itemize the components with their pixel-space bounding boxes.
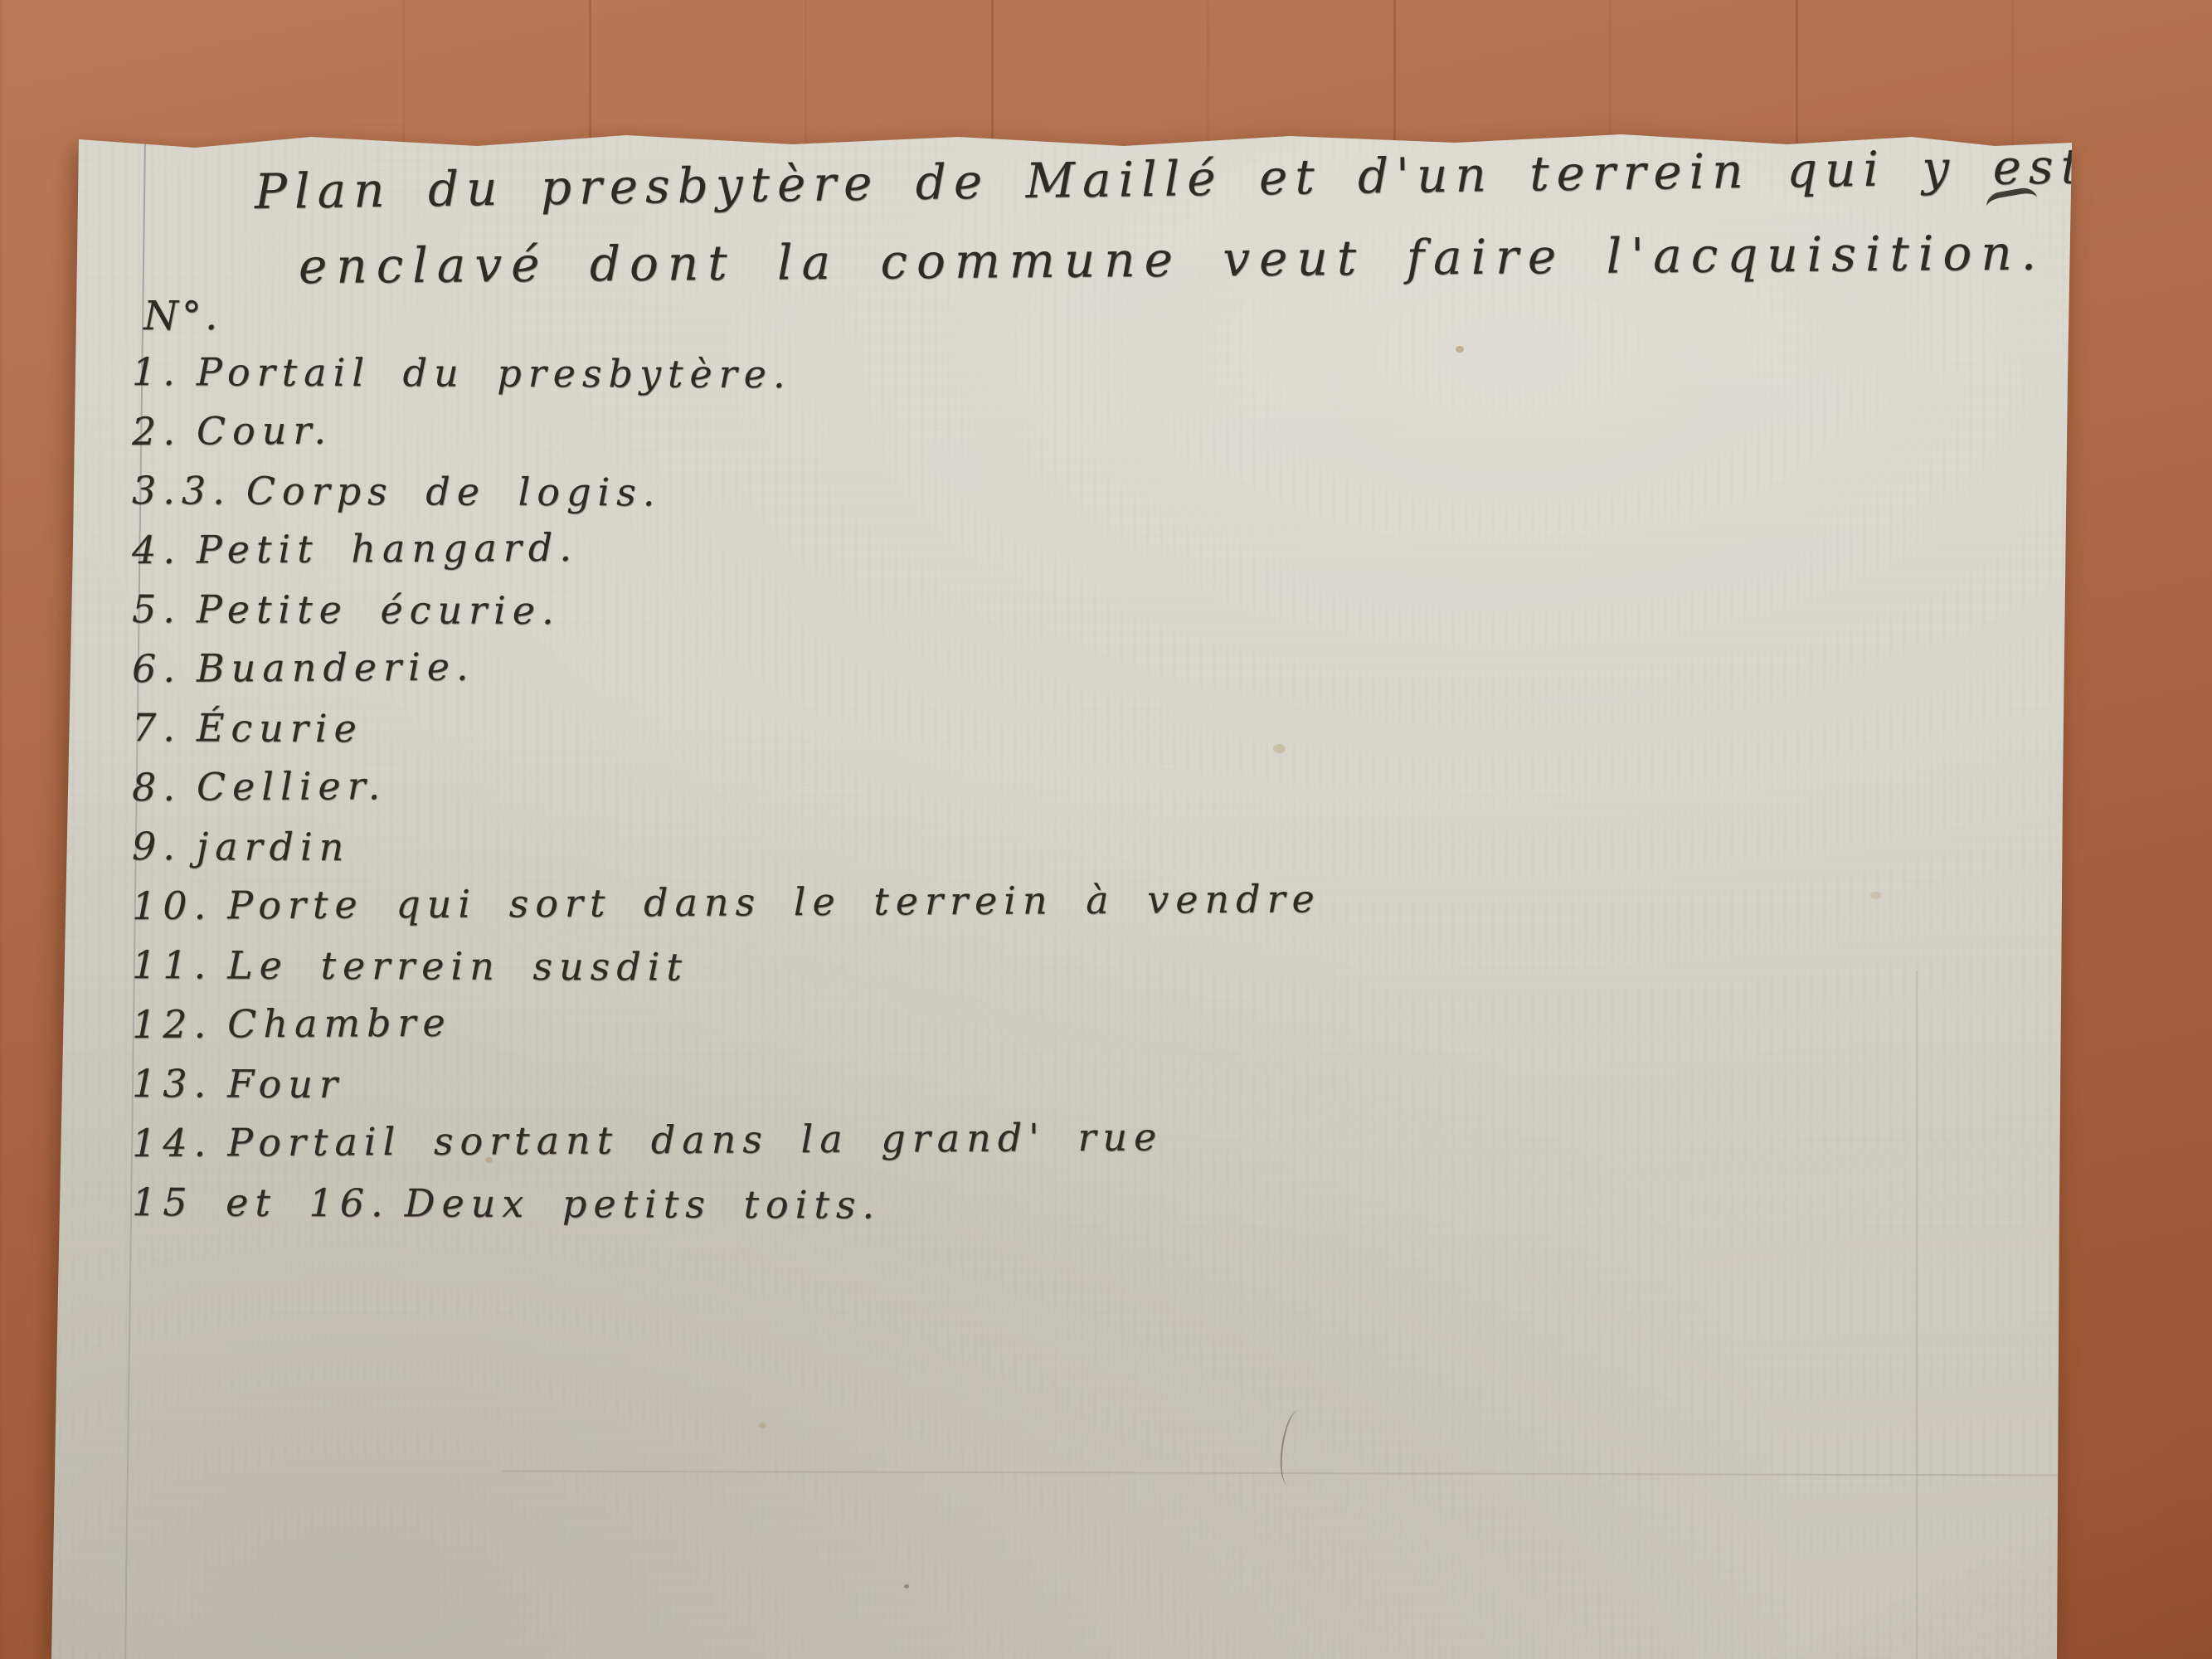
legend-item-label: Portail sortant dans la grand' rue (227, 1114, 1163, 1165)
legend-item: 6.Buanderie. (132, 628, 2023, 698)
legend-item-label: Buanderie. (197, 644, 475, 690)
legend-item-label: Corps de logis. (246, 469, 662, 515)
legend-list: 1.Portail du presbytère. 2.Cour. 3.3.Cor… (132, 343, 2023, 1233)
legend-item-label: Petit hangard. (197, 524, 578, 572)
legend-item-number: 4. (132, 527, 182, 572)
legend-item-label: Petite écurie. (197, 586, 561, 633)
legend-item: 4.Petit hangard. (132, 509, 2023, 580)
legend-item: 12.Chambre (132, 984, 2023, 1054)
legend-item-number: 12. (132, 1001, 212, 1047)
legend-item-number: 11. (132, 942, 212, 987)
manuscript-page: Plan du presbytère de Maillé et d'un ter… (46, 129, 2082, 1659)
legend-item-number: 14. (132, 1120, 212, 1165)
foxing-stain (759, 1423, 766, 1428)
legend-item: 2.Cour. (132, 391, 2023, 461)
legend-item-label: Écurie (197, 705, 363, 751)
legend-item-number: 2. (132, 408, 182, 453)
legend-item-number: 15 et 16. (132, 1180, 390, 1225)
document-title-line-2: enclavé dont la commune veut faire l'acq… (299, 224, 2046, 294)
foxing-stain (904, 1584, 909, 1588)
legend-item-label: Four (227, 1061, 344, 1107)
legend-item: 15 et 16.Deux petits toits. (132, 1173, 2023, 1239)
legend-item-number: 1. (132, 349, 182, 394)
horizontal-fold-crease (502, 1471, 2061, 1477)
legend-item: 10.Porte qui sort dans le terrein à vend… (132, 865, 2023, 936)
legend-item-number: 7. (132, 705, 182, 750)
legend-item-number: 5. (132, 586, 182, 631)
legend-item-label: Deux petits toits. (405, 1180, 882, 1227)
legend-item-number: 10. (132, 883, 212, 928)
paper-fiber (1276, 1408, 1316, 1488)
document-title-line-1: Plan du presbytère de Maillé et d'un ter… (255, 138, 2088, 220)
legend-item-number: 9. (132, 824, 182, 868)
legend-item-number: 13. (132, 1061, 212, 1106)
legend-item-label: Le terrein susdit (227, 942, 688, 989)
manuscript-page-wrapper: Plan du presbytère de Maillé et d'un ter… (46, 129, 2082, 1659)
legend-item: 14.Portail sortant dans la grand' rue (132, 1102, 2023, 1173)
photograph-of-manuscript: Plan du presbytère de Maillé et d'un ter… (0, 0, 2212, 1659)
legend-item-number: 6. (132, 645, 182, 690)
legend-number-header: N°. (143, 293, 221, 339)
legend-item: 8.Cellier. (132, 747, 2023, 817)
legend-item-label: Chambre (227, 1000, 452, 1046)
legend-item-label: jardin (197, 824, 351, 869)
legend-item-label: Portail du presbytère. (197, 349, 792, 397)
legend-item-number: 8. (132, 764, 182, 809)
legend-item-label: Porte qui sort dans le terrein à vendre (227, 876, 1321, 927)
legend-item-number: 3.3. (132, 468, 231, 513)
legend-item-label: Cour. (197, 407, 333, 453)
legend-item-label: Cellier. (197, 763, 387, 809)
